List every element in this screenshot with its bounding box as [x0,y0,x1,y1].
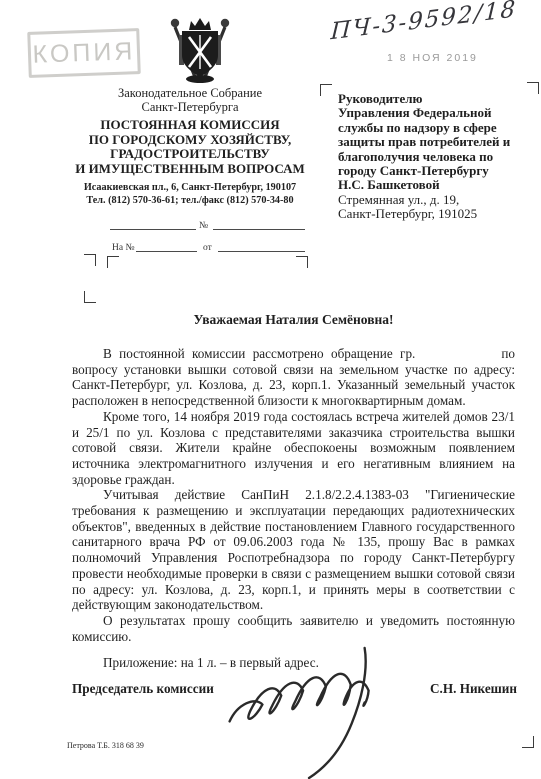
copy-stamp-label: КОПИЯ [32,37,136,70]
outgoing-date-rule [110,229,196,230]
recipient-line: Управления Федеральной [338,106,538,120]
letterhead-contacts: Исаакиевская пл., 6, Санкт-Петербург, 19… [48,181,332,207]
letter-body: В постоянной комиссии рассмотрено обраще… [72,346,515,671]
org-name-line2: Санкт-Петербурга [48,100,332,114]
commission-name: ПОСТОЯННАЯ КОМИССИЯ ПО ГОРОДСКОМУ ХОЗЯЙС… [48,118,332,176]
corner-mark [107,256,119,268]
paragraph-2: Кроме того, 14 ноября 2019 года состояла… [72,409,515,488]
recipient-block: Руководителю Управления Федеральной служ… [338,92,538,222]
letterhead-phone: Тел. (812) 570-36-61; тел./факс (812) 57… [48,194,332,207]
handwritten-signature-icon [213,640,413,779]
recipient-line: защиты прав потребителей и [338,135,538,149]
recipient-line: городу Санкт-Петербургу [338,164,538,178]
recipient-line: благополучия человека по [338,150,538,164]
recipient-name: Н.С. Башкетовой [338,178,538,192]
recipient-line: службы по надзору в сфере [338,121,538,135]
outgoing-number-rule [213,229,305,230]
org-name-line1: Законодательное Собрание [48,86,332,100]
reply-number-rule [136,251,197,252]
recipient-address-line: Санкт-Петербург, 191025 [338,207,538,221]
corner-mark [522,736,534,748]
salutation: Уважаемая Наталия Семёновна! [72,312,515,328]
corner-mark [296,256,308,268]
reply-to-label: На № [112,243,135,253]
recipient-address-line: Стремянная ул., д. 19, [338,193,538,207]
recipient-line: Руководителю [338,92,538,106]
corner-mark [84,254,96,266]
corner-mark [320,84,332,96]
handwritten-registration-number: ПЧ-3-9592/18 [330,0,541,45]
scanned-letter-page: КОПИЯ ПЧ-3-9592/18 1 8 НОЯ 2019 Законода… [0,0,541,779]
date-stamp: 1 8 НОЯ 2019 [387,52,478,64]
executor-note: Петрова Т.Б. 318 68 39 [67,741,144,750]
signer-name: С.Н. Никешин [430,681,517,697]
reply-date-label: от [203,243,212,253]
outgoing-number-label: № [199,221,208,231]
signer-title: Председатель комиссии [72,681,214,697]
paragraph-3: Учитывая действие СанПиН 2.1.8/2.2.4.138… [72,487,515,613]
letterhead: Законодательное Собрание Санкт-Петербург… [48,86,332,207]
redacted-name-gap [415,357,501,358]
coat-of-arms-icon [162,15,238,85]
copy-stamp: КОПИЯ [27,28,141,78]
paragraph-1: В постоянной комиссии рассмотрено обраще… [72,346,515,409]
corner-mark [84,291,96,303]
reply-date-rule [218,251,305,252]
letterhead-address: Исаакиевская пл., 6, Санкт-Петербург, 19… [48,181,332,194]
